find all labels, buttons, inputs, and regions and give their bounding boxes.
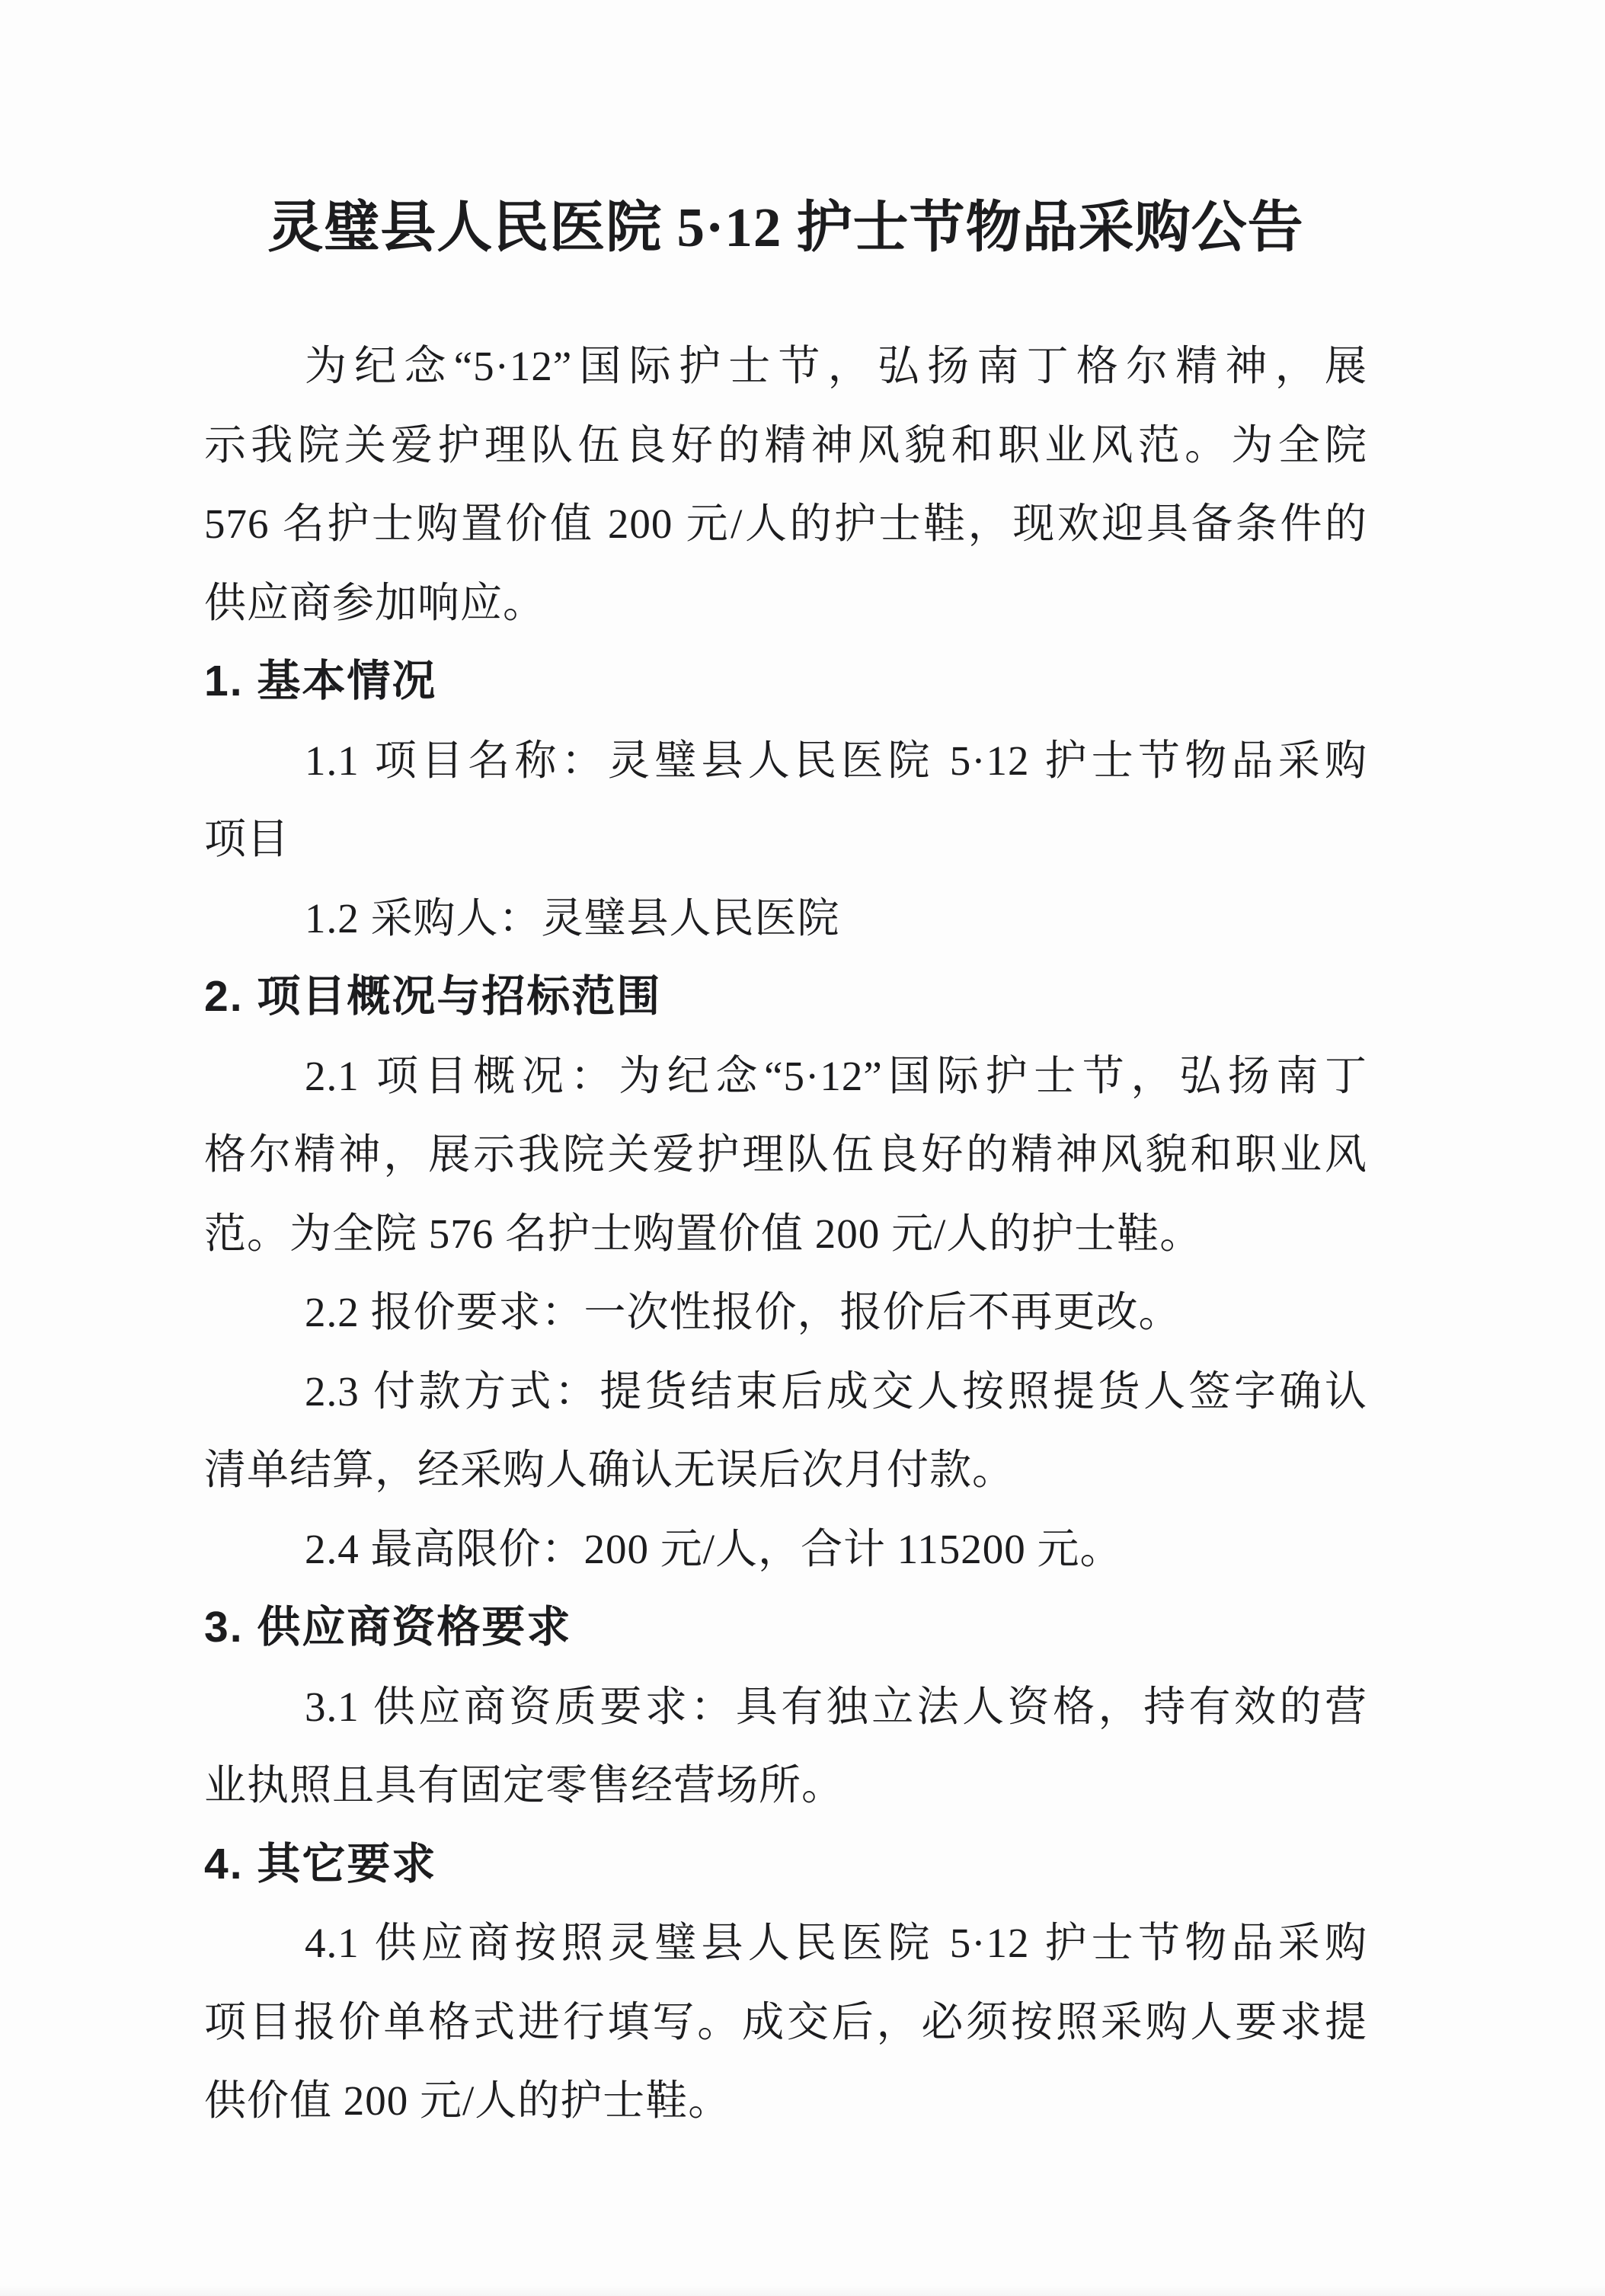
doc-line: 1.2 采购人：灵璧县人民医院 [204,879,1367,958]
doc-line: 为纪念“5·12”国际护士节，弘扬南丁格尔精神，展 [204,327,1367,406]
doc-line: 1. 基本情况 [204,642,1367,721]
doc-line: 1.1 项目名称：灵璧县人民医院 5·12 护士节物品采购 [204,721,1367,801]
document-page: 灵璧县人民医院 5·12 护士节物品采购公告 为纪念“5·12”国际护士节，弘扬… [0,0,1605,2296]
document-content: 灵璧县人民医院 5·12 护士节物品采购公告 为纪念“5·12”国际护士节，弘扬… [204,0,1367,2141]
doc-line: 4.1 供应商按照灵璧县人民医院 5·12 护士节物品采购 [204,1904,1367,1983]
doc-line: 供价值 200 元/人的护士鞋。 [204,2061,1367,2141]
doc-line: 2.2 报价要求：一次性报价，报价后不再更改。 [204,1273,1367,1352]
doc-line: 格尔精神，展示我院关爱护理队伍良好的精神风貌和职业风 [204,1115,1367,1194]
doc-line: 576 名护士购置价值 200 元/人的护士鞋，现欢迎具备条件的 [204,484,1367,564]
document-lines: 为纪念“5·12”国际护士节，弘扬南丁格尔精神，展示我院关爱护理队伍良好的精神风… [204,327,1367,2141]
doc-line: 3.1 供应商资质要求：具有独立法人资格，持有效的营 [204,1668,1367,1747]
document-title: 灵璧县人民医院 5·12 护士节物品采购公告 [204,185,1367,270]
doc-line: 2. 项目概况与招标范围 [204,958,1367,1037]
doc-line: 4. 其它要求 [204,1825,1367,1904]
doc-line: 供应商参加响应。 [204,564,1367,643]
scan-edge-shadow [0,2285,1605,2296]
doc-line: 业执照且具有固定零售经营场所。 [204,1746,1367,1825]
doc-line: 3. 供应商资格要求 [204,1588,1367,1668]
doc-line: 2.1 项目概况：为纪念“5·12”国际护士节，弘扬南丁 [204,1037,1367,1116]
doc-line: 示我院关爱护理队伍良好的精神风貌和职业风范。为全院 [204,406,1367,485]
doc-line: 2.4 最高限价：200 元/人，合计 115200 元。 [204,1510,1367,1589]
doc-line: 2.3 付款方式：提货结束后成交人按照提货人签字确认 [204,1352,1367,1431]
doc-line: 清单结算，经采购人确认无误后次月付款。 [204,1431,1367,1510]
doc-line: 项目 [204,800,1367,879]
doc-line: 范。为全院 576 名护士购置价值 200 元/人的护士鞋。 [204,1194,1367,1274]
doc-line: 项目报价单格式进行填写。成交后，必须按照采购人要求提 [204,1983,1367,2062]
